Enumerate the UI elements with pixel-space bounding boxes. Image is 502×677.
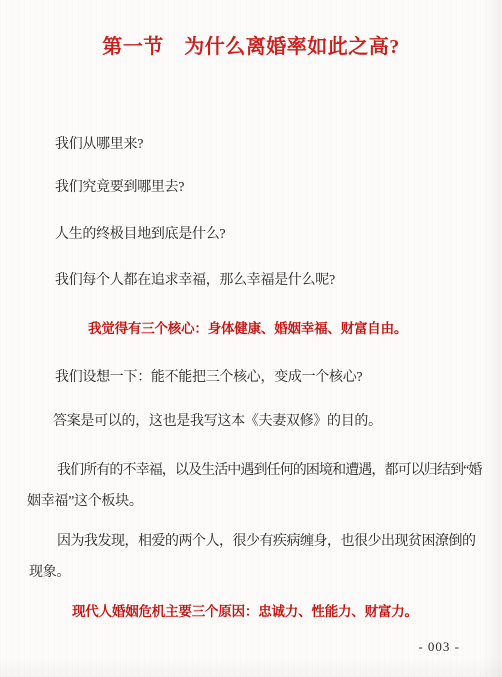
book-page: 第一节 为什么离婚率如此之高? 我们从哪里来? 我们究竟要到哪里去? 人生的终极…	[0, 0, 502, 677]
paragraph-loving-couple-line-2: 现象。	[29, 564, 70, 581]
paragraph-question-happiness: 我们每个人都在追求幸福，那么幸福是什么呢?	[55, 272, 335, 289]
paragraph-question-one-core: 我们设想一下：能不能把三个核心，变成一个核心?	[55, 369, 362, 386]
paragraph-unhappiness-line-2: 姻幸福”这个板块。	[27, 493, 143, 510]
paragraph-loving-couple-line-1: 因为我发现，相爱的两个人，很少有疾病缠身，也很少出现贫困潦倒的	[57, 533, 476, 550]
emphasis-three-cores: 我觉得有三个核心：身体健康、婚姻幸福、财富自由。	[88, 320, 407, 337]
paragraph-question-purpose: 人生的终极目地到底是什么?	[55, 226, 225, 243]
section-title: 第一节 为什么离婚率如此之高?	[0, 30, 502, 59]
paragraph-question-origin: 我们从哪里来?	[55, 136, 143, 153]
paragraph-unhappiness-line-1: 我们所有的不幸福，以及生活中遇到任何的困境和遭遇，都可以归结到“婚	[57, 462, 482, 479]
page-number: - 003 -	[418, 639, 460, 654]
scan-texture	[0, 0, 502, 677]
emphasis-marriage-crisis-reasons: 现代人婚姻危机主要三个原因：忠诚力、性能力、财富力。	[72, 603, 418, 620]
paragraph-question-destination: 我们究竟要到哪里去?	[55, 179, 184, 196]
paragraph-answer-book-purpose: 答案是可以的，这也是我写这本《夫妻双修》的目的。	[53, 413, 382, 430]
page-edge-shading	[0, 0, 502, 677]
